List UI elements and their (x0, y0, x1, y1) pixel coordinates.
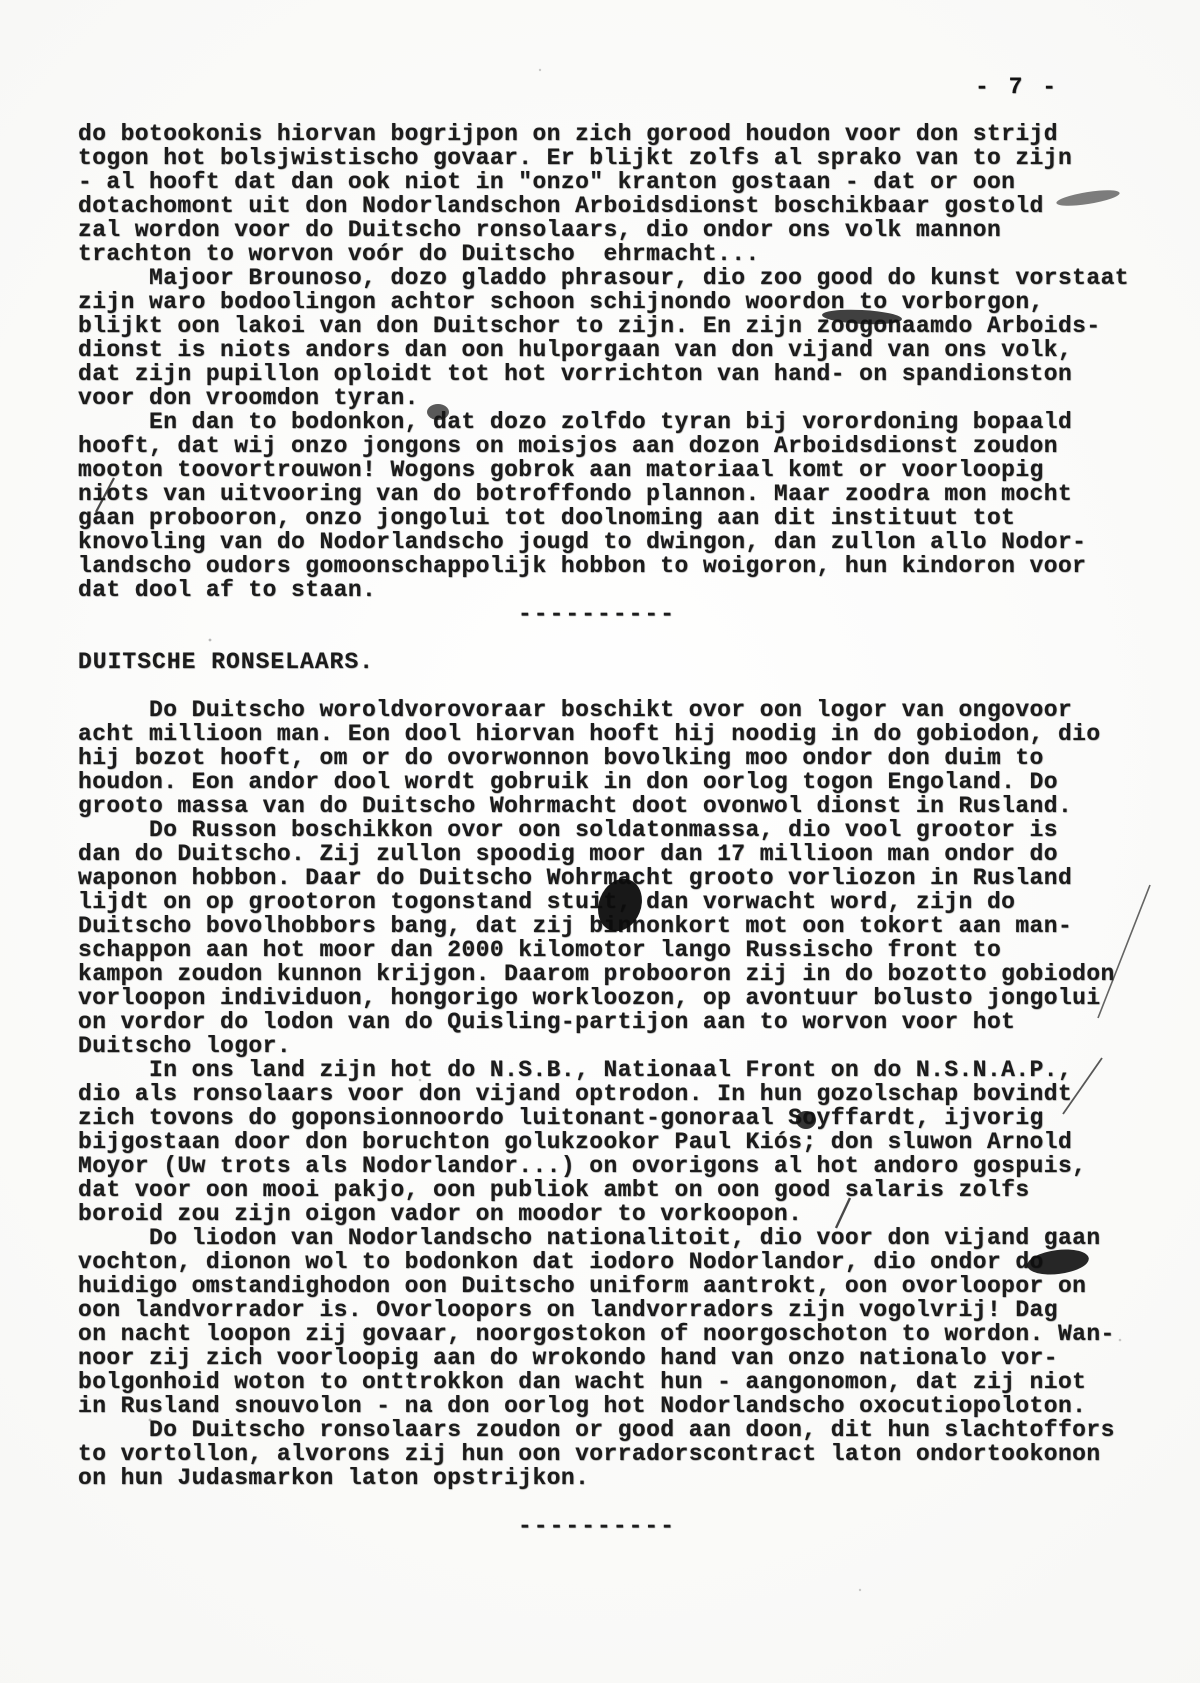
paragraph-4: Do Duitscho woroldvorovoraar boschikt ov… (78, 698, 1163, 818)
section-separator-end: ---------- (78, 1514, 1163, 1538)
paragraph-6: In ons land zijn hot do N.S.B., Nationaa… (78, 1058, 1163, 1226)
paragraph-3: En dan to bodonkon, dat dozo zolfdo tyra… (78, 410, 1163, 602)
document-sheet: - 7 - do botookonis hiorvan bogrijpon on… (0, 0, 1200, 1683)
section-separator: ---------- (78, 602, 1163, 626)
paragraph-7: Do liodon van Nodorlandscho nationalitoi… (78, 1226, 1163, 1418)
speckle (539, 69, 541, 71)
paragraph-5: Do Russon boschikkon ovor oon soldatonma… (78, 818, 1163, 1058)
paragraph-2: Majoor Brounoso, dozo gladdo phrasour, d… (78, 266, 1163, 410)
page-number: - 7 - (975, 74, 1059, 100)
paragraph-1: do botookonis hiorvan bogrijpon on zich … (78, 122, 1163, 266)
speckle (859, 1589, 861, 1591)
paragraph-8: Do Duitscho ronsolaars zoudon or good aa… (78, 1418, 1163, 1490)
section-heading: DUITSCHE RONSELAARS. (78, 650, 1163, 674)
document-body: do botookonis hiorvan bogrijpon on zich … (78, 122, 1163, 1538)
